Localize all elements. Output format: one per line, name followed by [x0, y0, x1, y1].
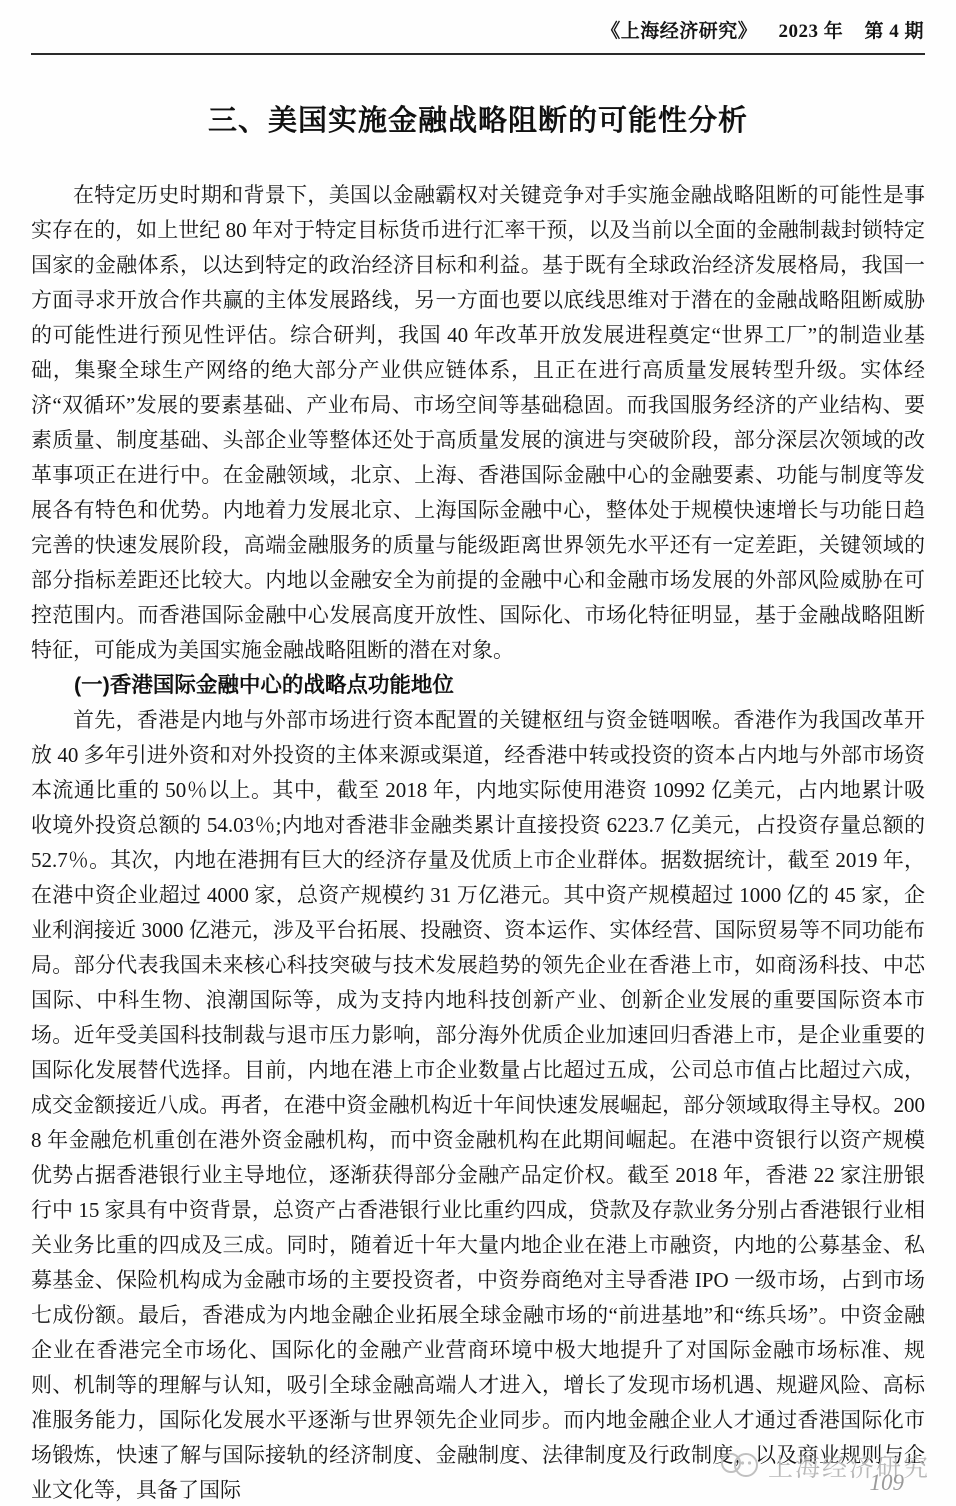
- page-number: 109: [870, 1470, 905, 1496]
- journal-issue: 第 4 期: [864, 21, 924, 42]
- subheading: (一)香港国际金融中心的战略点功能地位: [31, 668, 925, 703]
- chat-bubbles-icon: [720, 1449, 760, 1484]
- article-body: 在特定历史时期和背景下，美国以金融霸权对关键竞争对手实施金融战略阻断的可能性是事…: [31, 178, 925, 1506]
- header-rule: [31, 53, 925, 55]
- paragraph: 在特定历史时期和背景下，美国以金融霸权对关键竞争对手实施金融战略阻断的可能性是事…: [31, 178, 925, 668]
- journal-name: 《上海经济研究》: [601, 21, 757, 42]
- journal-info: 《上海经济研究》 2023 年 第 4 期: [31, 20, 925, 44]
- page-header: 《上海经济研究》 2023 年 第 4 期: [31, 20, 925, 55]
- paragraph: 首先，香港是内地与外部市场进行资本配置的关键枢纽与资金链咽喉。香港作为我国改革开…: [31, 703, 925, 1506]
- section-title: 三、美国实施金融战略阻断的可能性分析: [31, 101, 925, 141]
- journal-page: 《上海经济研究》 2023 年 第 4 期 三、美国实施金融战略阻断的可能性分析…: [0, 0, 956, 1506]
- watermark-text: 上海经济研究: [768, 1448, 930, 1484]
- journal-year: 2023 年: [778, 21, 843, 42]
